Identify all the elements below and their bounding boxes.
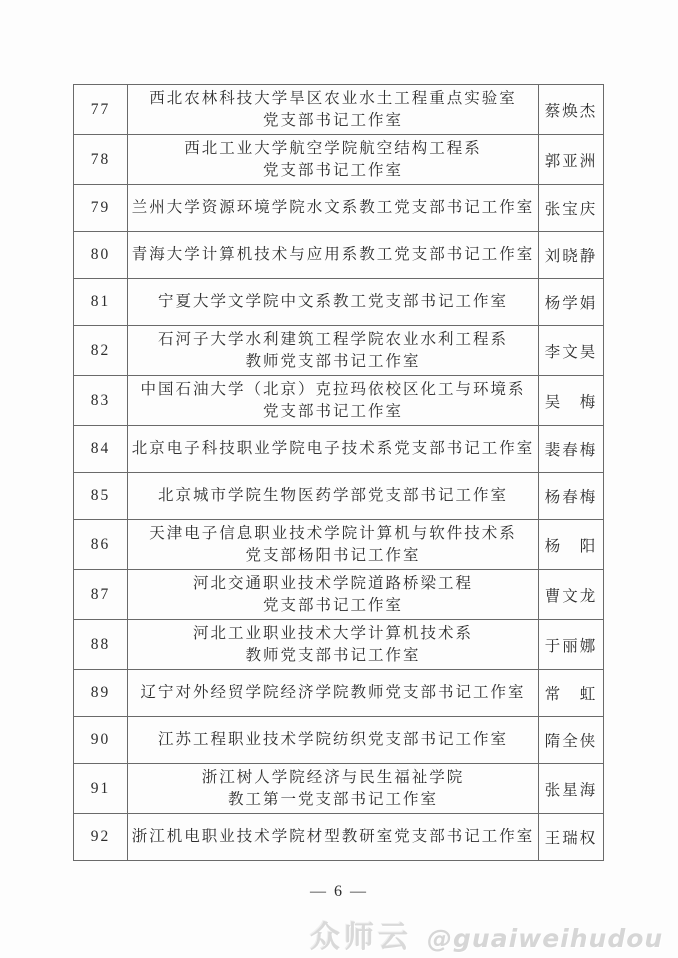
workstation-name-cell: 青海大学计算机技术与应用系教工党支部书记工作室	[128, 232, 539, 279]
person-name-cell: 于丽娜	[539, 620, 604, 670]
person-name-cell: 张星海	[539, 764, 604, 814]
workstation-name-line: 教师党支部书记工作室	[128, 351, 538, 373]
serial-number-cell: 87	[74, 570, 128, 620]
person-name-cell: 杨 阳	[539, 520, 604, 570]
workstation-roster-table: 77西北农林科技大学旱区农业水土工程重点实验室党支部书记工作室蔡焕杰78西北工业…	[73, 84, 604, 861]
workstation-name-cell: 河北交通职业技术学院道路桥梁工程党支部书记工作室	[128, 570, 539, 620]
workstation-name-line: 北京电子科技职业学院电子技术系党支部书记工作室	[128, 438, 538, 460]
person-name-cell: 吴 梅	[539, 376, 604, 426]
table-row: 89辽宁对外经贸学院经济学院教师党支部书记工作室常 虹	[74, 670, 604, 717]
serial-number-cell: 78	[74, 135, 128, 185]
serial-number-cell: 83	[74, 376, 128, 426]
workstation-name-line: 河北交通职业技术学院道路桥梁工程	[128, 573, 538, 595]
workstation-name-line: 中国石油大学（北京）克拉玛依校区化工与环境系	[128, 379, 538, 401]
workstation-name-line: 浙江机电职业技术学院材型教研室党支部书记工作室	[128, 826, 538, 848]
workstation-name-line: 教师党支部书记工作室	[128, 645, 538, 667]
serial-number-cell: 80	[74, 232, 128, 279]
workstation-name-cell: 浙江树人学院经济与民生福祉学院教工第一党支部书记工作室	[128, 764, 539, 814]
workstation-name-cell: 浙江机电职业技术学院材型教研室党支部书记工作室	[128, 814, 539, 861]
document-page: 77西北农林科技大学旱区农业水土工程重点实验室党支部书记工作室蔡焕杰78西北工业…	[0, 0, 678, 958]
workstation-name-cell: 河北工业职业技术大学计算机技术系教师党支部书记工作室	[128, 620, 539, 670]
person-name-cell: 杨学娟	[539, 279, 604, 326]
workstation-name-line: 党支部书记工作室	[128, 595, 538, 617]
workstation-name-cell: 宁夏大学文学院中文系教工党支部书记工作室	[128, 279, 539, 326]
workstation-name-line: 浙江树人学院经济与民生福祉学院	[128, 767, 538, 789]
person-name-cell: 裴春梅	[539, 426, 604, 473]
table-row: 83中国石油大学（北京）克拉玛依校区化工与环境系党支部书记工作室吴 梅	[74, 376, 604, 426]
table-row: 80青海大学计算机技术与应用系教工党支部书记工作室刘晓静	[74, 232, 604, 279]
serial-number-cell: 84	[74, 426, 128, 473]
workstation-name-cell: 兰州大学资源环境学院水文系教工党支部书记工作室	[128, 185, 539, 232]
person-name-cell: 张宝庆	[539, 185, 604, 232]
person-name-cell: 曹文龙	[539, 570, 604, 620]
workstation-name-line: 党支部杨阳书记工作室	[128, 545, 538, 567]
workstation-name-cell: 江苏工程职业技术学院纺织党支部书记工作室	[128, 717, 539, 764]
workstation-name-line: 江苏工程职业技术学院纺织党支部书记工作室	[128, 729, 538, 751]
workstation-name-line: 石河子大学水利建筑工程学院农业水利工程系	[128, 329, 538, 351]
workstation-name-line: 北京城市学院生物医药学部党支部书记工作室	[128, 485, 538, 507]
serial-number-cell: 79	[74, 185, 128, 232]
person-name-cell: 常 虹	[539, 670, 604, 717]
table-row: 85北京城市学院生物医药学部党支部书记工作室杨春梅	[74, 473, 604, 520]
page-number: — 6 —	[0, 883, 678, 901]
workstation-name-cell: 西北工业大学航空学院航空结构工程系党支部书记工作室	[128, 135, 539, 185]
table-row: 91浙江树人学院经济与民生福祉学院教工第一党支部书记工作室张星海	[74, 764, 604, 814]
workstation-name-line: 宁夏大学文学院中文系教工党支部书记工作室	[128, 291, 538, 313]
person-name-cell: 王瑞权	[539, 814, 604, 861]
serial-number-cell: 92	[74, 814, 128, 861]
workstation-name-line: 党支部书记工作室	[128, 110, 538, 132]
workstation-name-line: 兰州大学资源环境学院水文系教工党支部书记工作室	[128, 197, 538, 219]
workstation-name-cell: 石河子大学水利建筑工程学院农业水利工程系教师党支部书记工作室	[128, 326, 539, 376]
serial-number-cell: 88	[74, 620, 128, 670]
table-row: 78西北工业大学航空学院航空结构工程系党支部书记工作室郭亚洲	[74, 135, 604, 185]
workstation-name-cell: 辽宁对外经贸学院经济学院教师党支部书记工作室	[128, 670, 539, 717]
table-row: 79兰州大学资源环境学院水文系教工党支部书记工作室张宝庆	[74, 185, 604, 232]
workstation-name-line: 党支部书记工作室	[128, 401, 538, 423]
workstation-name-cell: 西北农林科技大学旱区农业水土工程重点实验室党支部书记工作室	[128, 85, 539, 135]
workstation-name-cell: 北京电子科技职业学院电子技术系党支部书记工作室	[128, 426, 539, 473]
person-name-cell: 刘晓静	[539, 232, 604, 279]
serial-number-cell: 86	[74, 520, 128, 570]
roster-table-body: 77西北农林科技大学旱区农业水土工程重点实验室党支部书记工作室蔡焕杰78西北工业…	[74, 85, 604, 861]
watermark-handle-text: @guaiweihudou	[427, 924, 663, 953]
serial-number-cell: 77	[74, 85, 128, 135]
workstation-name-cell: 中国石油大学（北京）克拉玛依校区化工与环境系党支部书记工作室	[128, 376, 539, 426]
person-name-cell: 李文昊	[539, 326, 604, 376]
person-name-cell: 蔡焕杰	[539, 85, 604, 135]
table-row: 86天津电子信息职业技术学院计算机与软件技术系党支部杨阳书记工作室杨 阳	[74, 520, 604, 570]
workstation-name-line: 辽宁对外经贸学院经济学院教师党支部书记工作室	[128, 682, 538, 704]
serial-number-cell: 90	[74, 717, 128, 764]
workstation-name-line: 青海大学计算机技术与应用系教工党支部书记工作室	[128, 244, 538, 266]
workstation-name-line: 河北工业职业技术大学计算机技术系	[128, 623, 538, 645]
person-name-cell: 隋全侠	[539, 717, 604, 764]
watermark-brand-text: 众师云	[310, 912, 412, 956]
table-row: 88河北工业职业技术大学计算机技术系教师党支部书记工作室于丽娜	[74, 620, 604, 670]
workstation-name-cell: 天津电子信息职业技术学院计算机与软件技术系党支部杨阳书记工作室	[128, 520, 539, 570]
serial-number-cell: 91	[74, 764, 128, 814]
serial-number-cell: 82	[74, 326, 128, 376]
table-row: 87河北交通职业技术学院道路桥梁工程党支部书记工作室曹文龙	[74, 570, 604, 620]
serial-number-cell: 89	[74, 670, 128, 717]
table-row: 84北京电子科技职业学院电子技术系党支部书记工作室裴春梅	[74, 426, 604, 473]
serial-number-cell: 85	[74, 473, 128, 520]
workstation-name-line: 党支部书记工作室	[128, 160, 538, 182]
watermark: 众师云 @guaiweihudou	[310, 912, 663, 956]
workstation-name-cell: 北京城市学院生物医药学部党支部书记工作室	[128, 473, 539, 520]
table-row: 77西北农林科技大学旱区农业水土工程重点实验室党支部书记工作室蔡焕杰	[74, 85, 604, 135]
table-row: 90江苏工程职业技术学院纺织党支部书记工作室隋全侠	[74, 717, 604, 764]
person-name-cell: 杨春梅	[539, 473, 604, 520]
table-row: 82石河子大学水利建筑工程学院农业水利工程系教师党支部书记工作室李文昊	[74, 326, 604, 376]
person-name-cell: 郭亚洲	[539, 135, 604, 185]
workstation-name-line: 西北工业大学航空学院航空结构工程系	[128, 138, 538, 160]
workstation-name-line: 西北农林科技大学旱区农业水土工程重点实验室	[128, 88, 538, 110]
table-row: 81宁夏大学文学院中文系教工党支部书记工作室杨学娟	[74, 279, 604, 326]
workstation-name-line: 教工第一党支部书记工作室	[128, 789, 538, 811]
serial-number-cell: 81	[74, 279, 128, 326]
workstation-name-line: 天津电子信息职业技术学院计算机与软件技术系	[128, 523, 538, 545]
table-row: 92浙江机电职业技术学院材型教研室党支部书记工作室王瑞权	[74, 814, 604, 861]
